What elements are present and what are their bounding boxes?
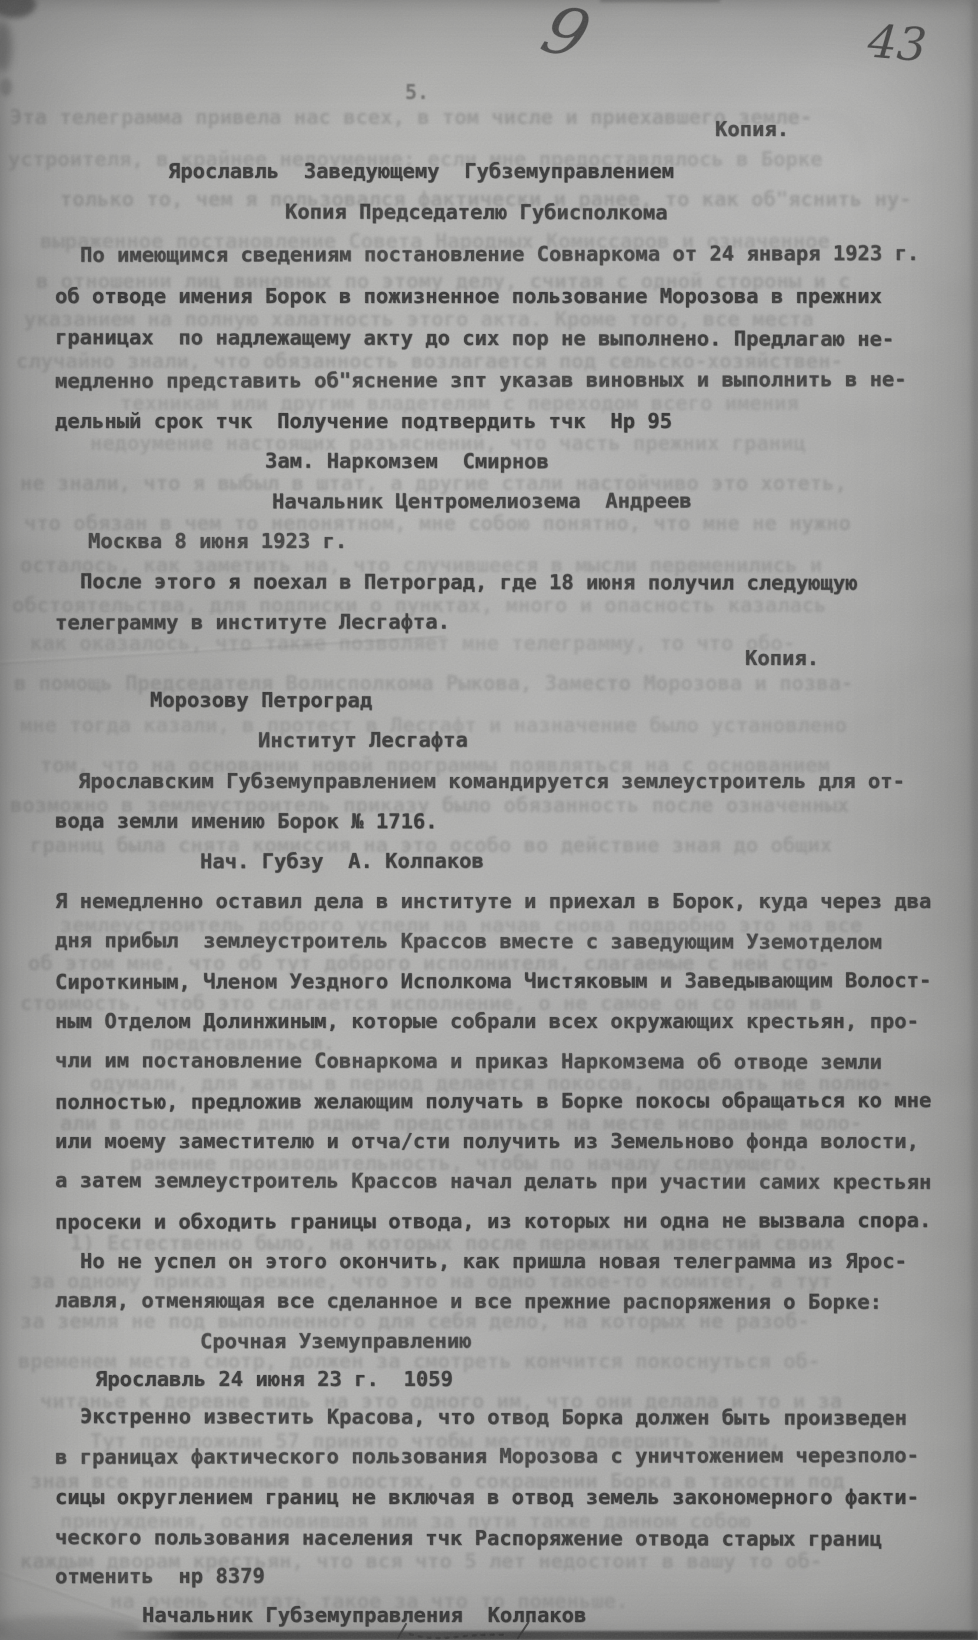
page-number: 5. xyxy=(405,80,429,104)
typed-line: Ярославль Заведующему Губземуправлением xyxy=(168,158,674,184)
scan-edge-mark xyxy=(600,0,720,2)
bleedthrough-line: Эта телеграмма привела нас всех, в том ч… xyxy=(10,104,812,130)
typed-line: полностью, предложив желающим получать в… xyxy=(55,1087,931,1115)
typed-line: просеки и обходить границы отвода, из ко… xyxy=(55,1207,931,1235)
ink-smudge xyxy=(0,22,12,72)
typed-line: дельный срок тчк Получение подтвердить т… xyxy=(55,408,672,434)
bleedthrough-line: в помощь Председателя Волисполкома Рыков… xyxy=(14,670,853,696)
scanned-document-page: Эта телеграмма привела нас всех, в том ч… xyxy=(0,0,978,1640)
typed-line: а затем землеустроитель Крассов начал де… xyxy=(55,1167,931,1195)
typed-line: сицы округлением границ не включая в отв… xyxy=(55,1484,919,1510)
typed-line: телеграмму в институте Лесгафта. xyxy=(55,609,450,636)
typed-line: границах по надлежащему акту до сих пор … xyxy=(55,324,894,352)
typed-line: Начальник Центромелиозема Андреев xyxy=(272,488,692,515)
typed-line: вода земли имению Борок № 1716. xyxy=(55,808,438,835)
handwritten-page-mark: 9 xyxy=(532,0,599,74)
scan-edge-shadow xyxy=(972,0,978,1640)
handwritten-folio-number: 43 xyxy=(866,14,929,73)
typed-line: Нач. Губзу А. Колпаков xyxy=(200,848,484,875)
ink-smudge xyxy=(0,0,36,18)
typed-line: Зам. Наркомзем Смирнов xyxy=(265,448,549,475)
typed-line: Копия. xyxy=(715,116,789,142)
ink-smudge xyxy=(0,78,12,96)
typed-line: Но не успел он этого окончить, как пришл… xyxy=(80,1248,907,1274)
typed-line: Ярославль 24 июня 23 г. 1059 xyxy=(95,1366,453,1392)
typed-line: Москва 8 июня 1923 г. xyxy=(88,528,347,554)
signature-mark xyxy=(392,1620,542,1640)
typed-line: Я немедленно оставил дела в институте и … xyxy=(55,888,931,914)
typed-line: об отводе имения Борок в пожизненное пол… xyxy=(55,283,882,309)
scan-edge-shadow xyxy=(112,1631,978,1640)
paper-fold-highlight xyxy=(0,1616,140,1640)
typed-line: По имеющимся сведениям постановление Сов… xyxy=(80,240,919,268)
typed-line: медленно представить об"яснение зпт указ… xyxy=(55,366,907,394)
typed-line: Сироткиным, Членом Уездного Исполкома Чи… xyxy=(55,967,931,995)
typed-line: Копия. xyxy=(745,645,819,671)
typed-line: Институт Лесгафта xyxy=(258,727,468,753)
typed-line: ным Отделом Долинжиным, которые собрали … xyxy=(55,1008,919,1034)
typed-line: Экстренно известить Красова, что отвод Б… xyxy=(80,1403,907,1431)
typed-line: Копия Председателю Губисполкома xyxy=(285,199,668,226)
typed-line: или моему заместителю и отча/сти получит… xyxy=(55,1128,919,1154)
typed-line: отменить нр 8379 xyxy=(55,1563,265,1589)
typed-line: чли им постановление Совнаркома и приказ… xyxy=(55,1047,882,1075)
typed-line: После этого я поехал в Петроград, где 18… xyxy=(80,568,858,596)
typed-line: ческого пользования населения тчк Распор… xyxy=(55,1524,882,1552)
typed-line: в границах фактического пользования Моро… xyxy=(55,1442,919,1470)
typed-line: Срочная Уземуправлению xyxy=(200,1328,472,1355)
typed-line: Морозову Петроград xyxy=(150,687,372,713)
typed-line: дня прибыл землеустроитель Крассов вмест… xyxy=(55,927,882,955)
typed-line: лавля, отменяющая все сделанное и все пр… xyxy=(55,1287,882,1315)
typed-line: Ярославским Губземуправлением командируе… xyxy=(78,768,905,794)
